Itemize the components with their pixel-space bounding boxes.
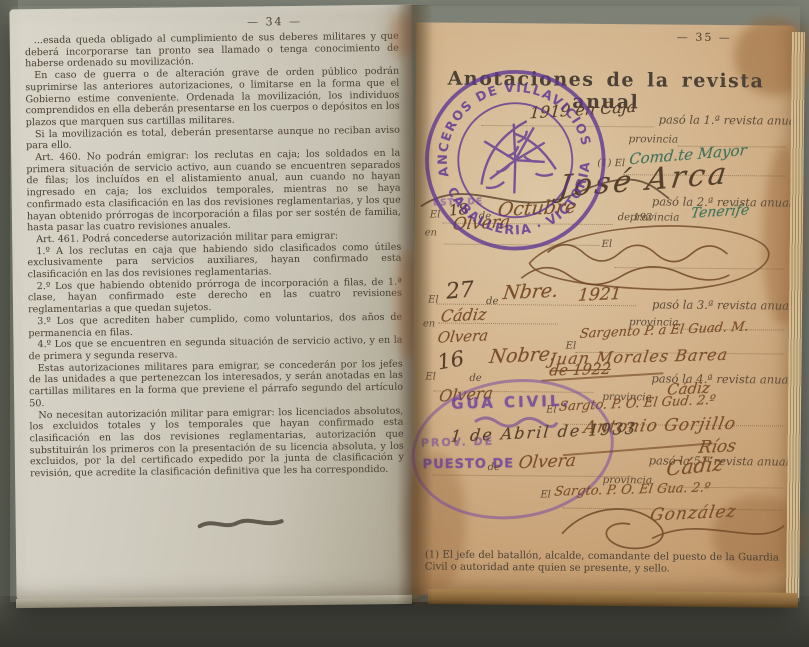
paragraph: En caso de guerra o de alteración grave … [25, 66, 400, 129]
signature: González [649, 502, 739, 526]
handwritten-provincia: Cádiz [665, 451, 724, 481]
de-label: de [488, 462, 500, 473]
handwritten-month: Nbre. [502, 280, 560, 305]
puesto-de-stamp-faint: ESTO DE [433, 197, 483, 208]
handwritten-town: Olvera [517, 451, 577, 474]
handwritten-town-2: Olvera [437, 326, 490, 346]
handwritten-day: 27 [445, 277, 475, 304]
page-number-35: — 35 — [654, 30, 754, 44]
regiment-round-stamp: LANCEROS DE VILLAVICIOSA CABALLERIA · VI… [403, 48, 627, 272]
footnote: (1) El jefe del batallón, alcalde, coman… [425, 549, 779, 577]
handwritten-year: 1921 [577, 284, 622, 306]
paragraph: Estas autorizaciones militares para emig… [29, 358, 404, 409]
el-label: El [540, 489, 551, 500]
page-35: — 35 — Anotaciones de la revista anual 1… [412, 22, 797, 597]
handwritten-authority: Sargento P. a El Guad. M. [579, 319, 750, 341]
paragraph: ...esada queda obligado al cumplimiento … [25, 31, 399, 71]
paragraph: 1.º A los reclutas en caja que habiendo … [27, 241, 401, 281]
en-label: en [423, 318, 435, 329]
paragraph: Art. 460. No podrán emigrar: los recluta… [26, 148, 401, 234]
printed-revista-line: pasó la 3.ª revista anual [652, 297, 793, 312]
paragraph: 2.º Los que habiendo obtenido prórroga d… [28, 276, 402, 316]
page-34-text-block: ...esada queda obligado al cumplimiento … [25, 31, 404, 480]
paragraph: No necesitan autorización militar para e… [29, 405, 404, 480]
page-34: — 34 — ...esada queda obligado al cumpli… [9, 5, 418, 604]
page-number-34: — 34 — [214, 15, 334, 29]
age-spot [389, 13, 416, 59]
provincia-label: provincia [628, 133, 678, 145]
printed-revista-line: pasó la 1.ª revista anual [659, 112, 800, 127]
ink-smudge [194, 509, 294, 540]
photo-of-open-booklet: — 34 — ...esada queda obligado al cumpli… [0, 0, 809, 647]
handwritten-month: Nobre. [488, 343, 557, 368]
